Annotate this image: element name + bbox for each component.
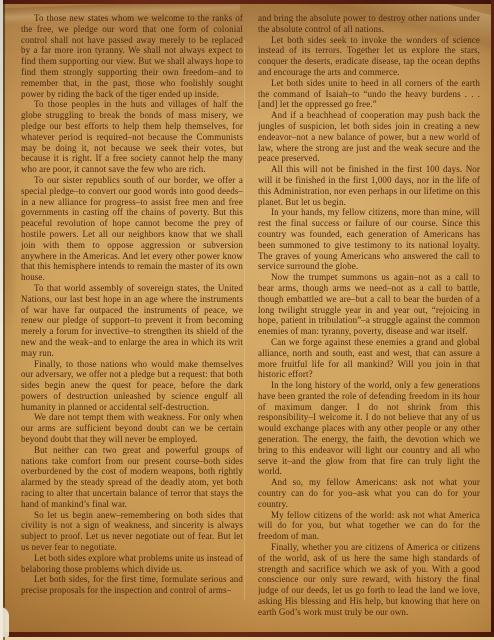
paragraph: Let both sides explore what problems uni… bbox=[21, 553, 243, 575]
paragraph: To those peoples in the huts and village… bbox=[21, 99, 243, 175]
paragraph: To those new states whom we welcome to t… bbox=[21, 13, 243, 99]
text-column-right: and bring the absolute power to destroy … bbox=[258, 13, 480, 634]
two-column-text: To those new states whom we welcome to t… bbox=[21, 13, 480, 634]
page-edge-top bbox=[0, 0, 494, 4]
paragraph: Finally, whether you are citizens of Ame… bbox=[258, 542, 480, 618]
paragraph: Finally, to those nations who would make… bbox=[21, 359, 243, 413]
paragraph: and bring the absolute power to destroy … bbox=[258, 13, 480, 35]
paragraph: To that world assembly of sovereign stat… bbox=[21, 283, 243, 359]
paragraph: We dare not tempt them with weakness. Fo… bbox=[21, 412, 243, 444]
paragraph: And so, my fellow Americans: ask not wha… bbox=[258, 477, 480, 509]
paragraph: My fellow citizens of the world: ask not… bbox=[258, 510, 480, 542]
paragraph: In your hands, my fellow citizens, more … bbox=[258, 207, 480, 272]
paragraph: To our sister republics south of our bor… bbox=[21, 175, 243, 283]
paragraph: But neither can two great and powerful g… bbox=[21, 445, 243, 510]
paragraph: In the long history of the world, only a… bbox=[258, 380, 480, 477]
paragraph: All this will not be finished in the fir… bbox=[258, 164, 480, 207]
paragraph: Can we forge against these enemies a gra… bbox=[258, 337, 480, 380]
paragraph: And if a beachhead of cooperation may pu… bbox=[258, 110, 480, 164]
scanned-page: To those new states whom we welcome to t… bbox=[0, 0, 494, 640]
paragraph: Let both sides seek to invoke the wonder… bbox=[258, 35, 480, 78]
paragraph: So let us begin anew–remembering on both… bbox=[21, 510, 243, 553]
paragraph: Let both sides, for the first time, form… bbox=[21, 574, 243, 596]
page-corner-bottom-left bbox=[0, 607, 9, 637]
text-column-left: To those new states whom we welcome to t… bbox=[21, 13, 243, 634]
paragraph: Now the trumpet summons us again–not as … bbox=[258, 272, 480, 337]
paragraph: Let both sides unite to heed in all corn… bbox=[258, 78, 480, 110]
page-edge-left bbox=[3, 0, 5, 640]
